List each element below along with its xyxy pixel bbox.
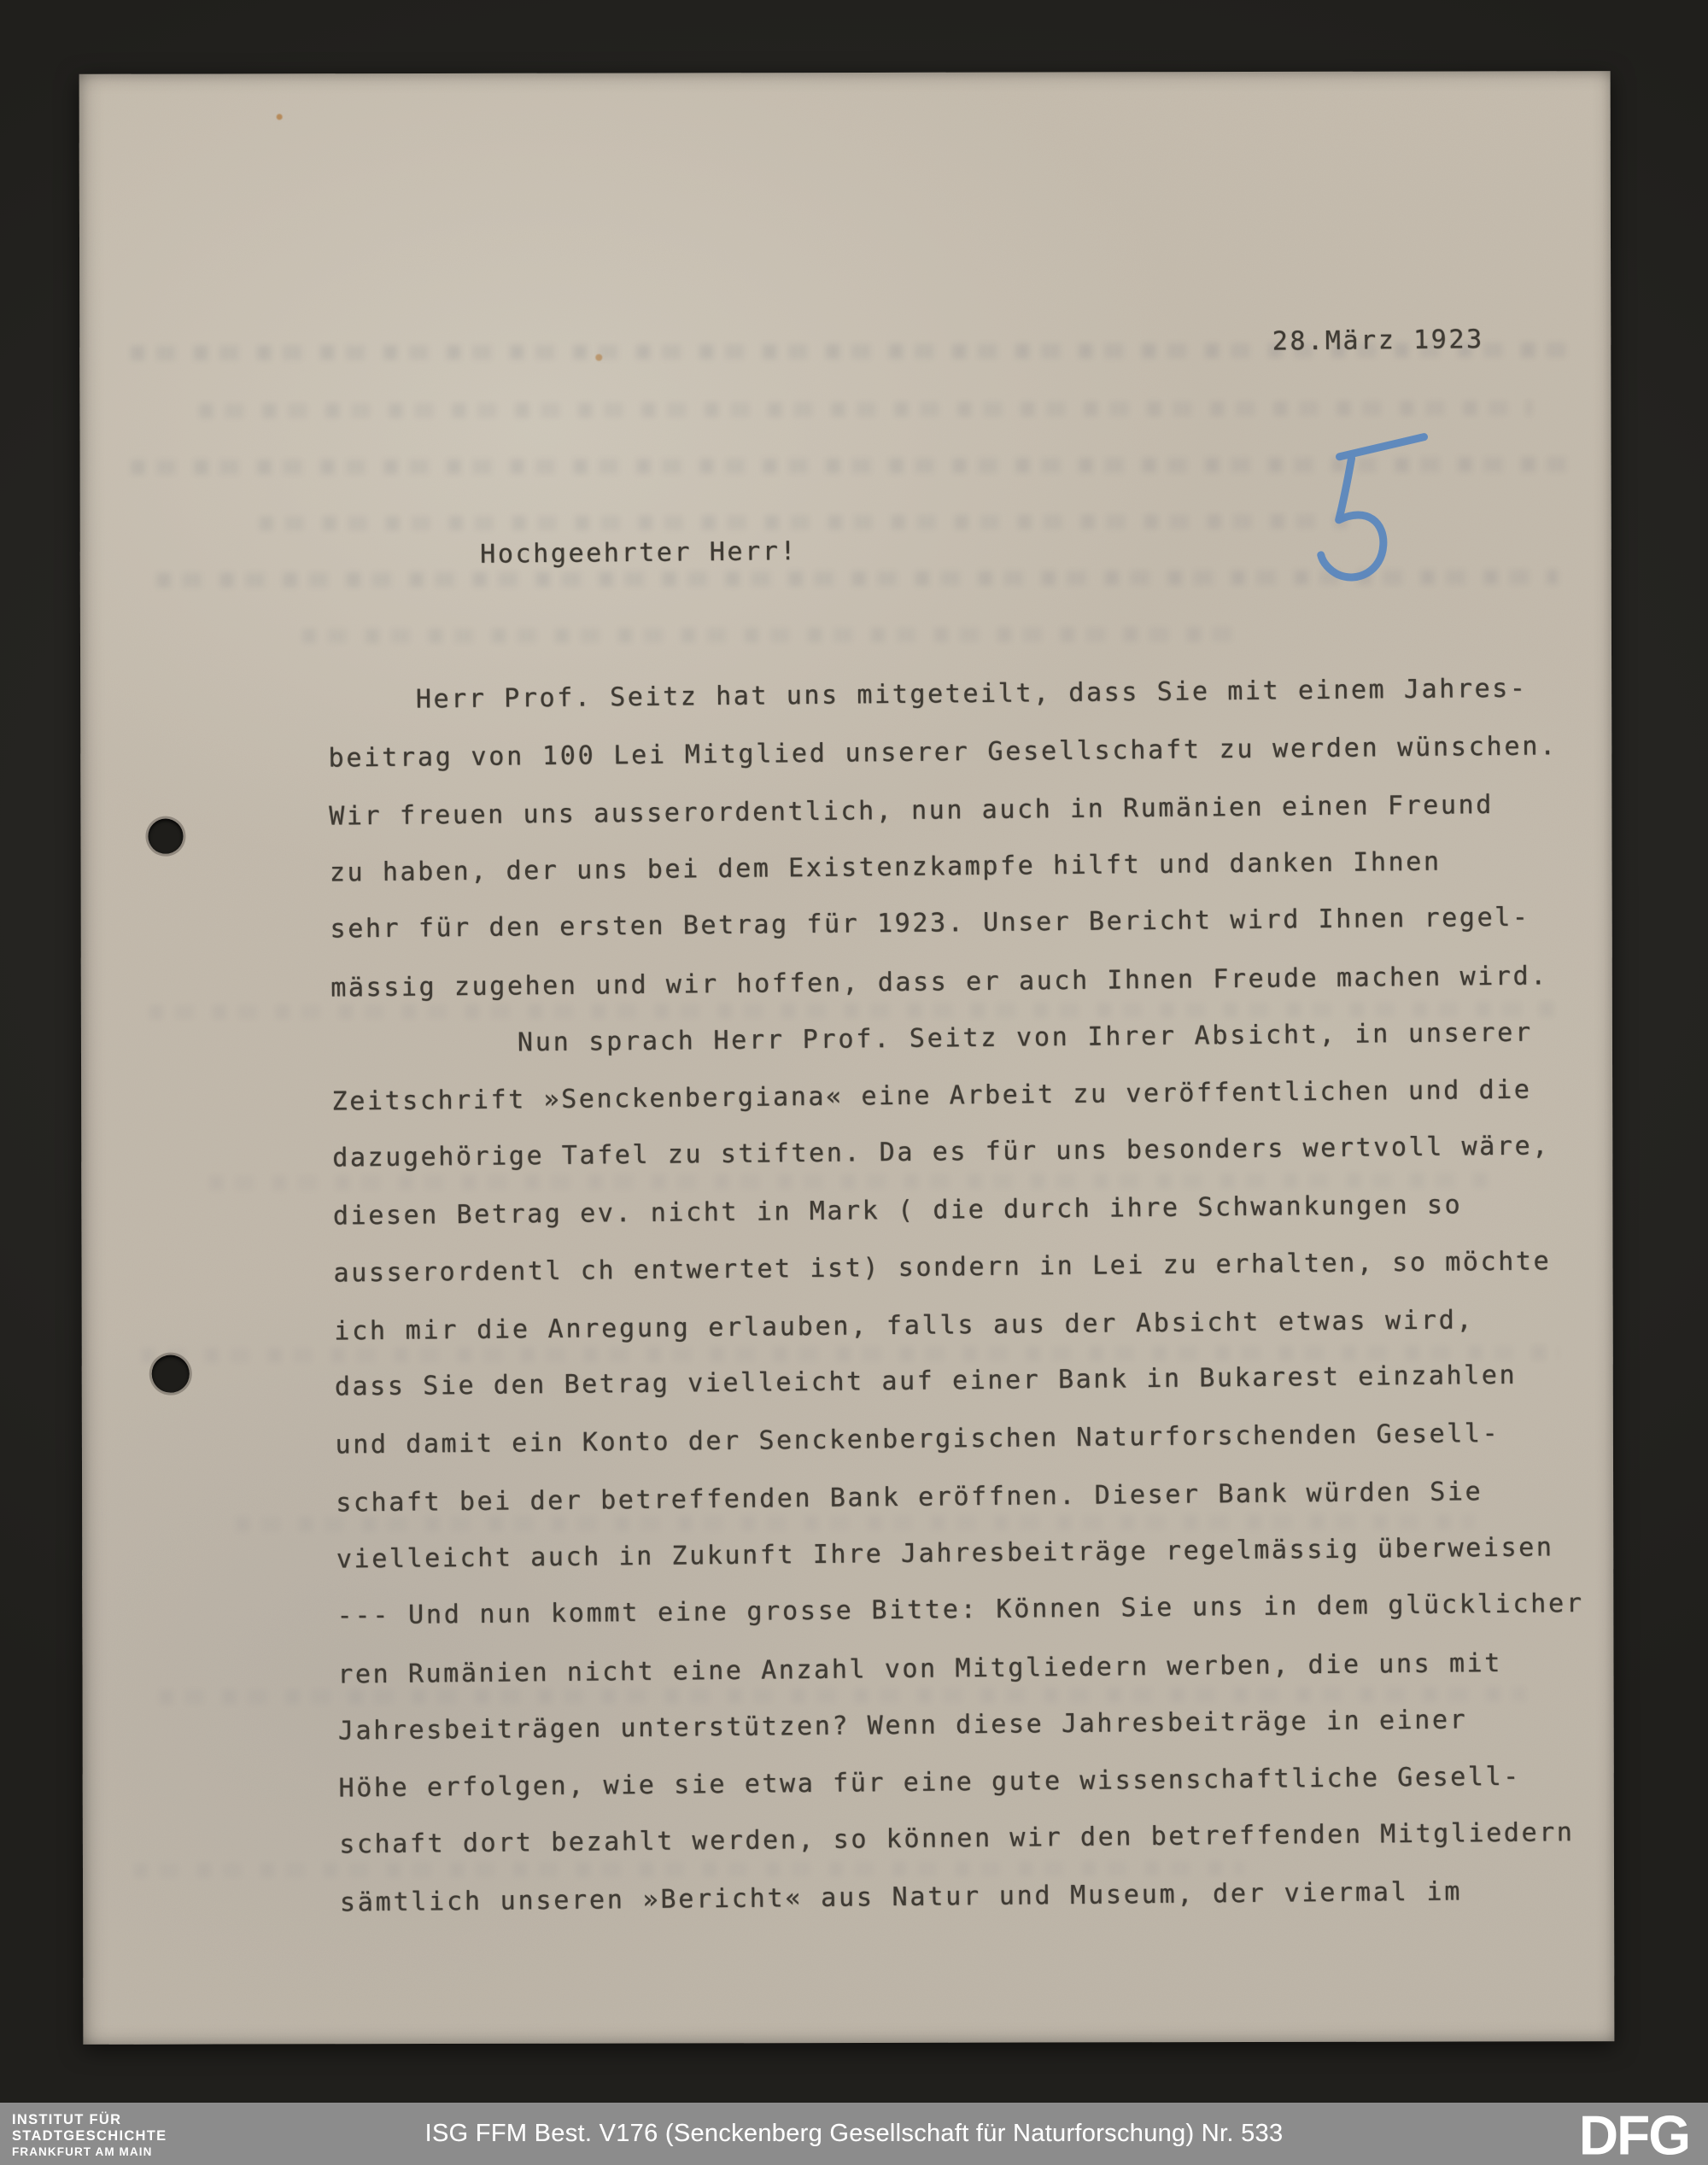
letter-date: 28.März 1923 [1272,325,1484,356]
archive-reference: ISG FFM Best. V176 (Senckenberg Gesellsc… [0,2103,1708,2165]
letter-body-line: --- Und nun kommt eine grosse Bitte: Kön… [336,1588,1614,1658]
letter-salutation: Hochgeehrter Herr! [480,536,798,570]
handwritten-page-number [1309,426,1437,588]
dfg-logo: DFG [1579,2103,1689,2165]
typewritten-text-layer: 28.März 1923 Hochgeehrter Herr! Herr Pro… [79,71,1615,2045]
letter-body-line: sämtlich unseren »Bericht« aus Natur und… [340,1875,1615,1945]
letter-body-line: sehr für den ersten Betrag für 1923. Uns… [330,901,1614,971]
letter-body: Herr Prof. Seitz hat uns mitgeteilt, das… [328,673,1615,1945]
archive-footer-bar: INSTITUT FÜR STADTGESCHICHTE FRANKFURT A… [0,2103,1708,2165]
letter-page: 28.März 1923 Hochgeehrter Herr! Herr Pro… [79,71,1615,2045]
scan-background: 28.März 1923 Hochgeehrter Herr! Herr Pro… [0,0,1708,2165]
